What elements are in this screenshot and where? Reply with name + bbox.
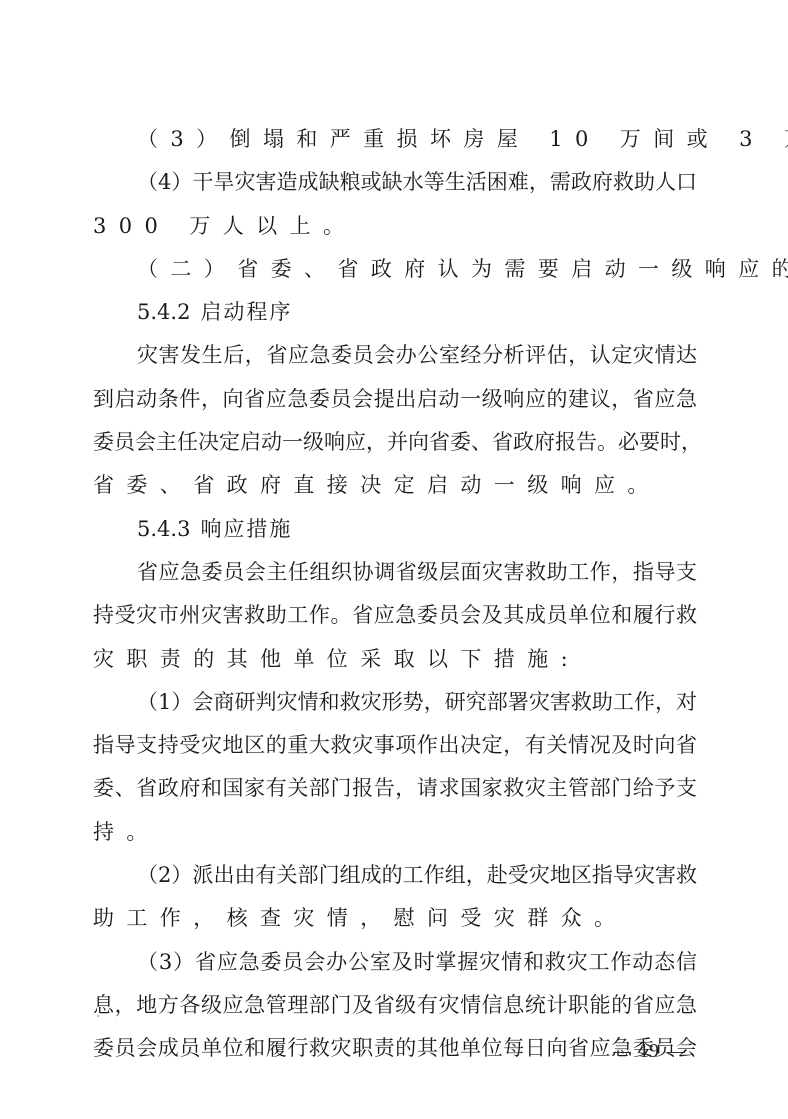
- paragraph-line: 指导支持受灾地区的重大救灾事项作出决定，有关情况及时向省: [93, 724, 697, 767]
- paragraph-line: （3）省应急委员会办公室及时掌握灾情和救灾工作动态信: [93, 941, 697, 984]
- paragraph-line: 省委、省政府直接决定启动一级响应。: [93, 464, 697, 507]
- document-body: （3）倒塌和严重损坏房屋 10 万间或 3 万户以上; （4）干旱灾害造成缺粮或…: [93, 118, 697, 1071]
- paragraph-line: 300 万人以上。: [93, 205, 697, 248]
- section-number: 5.4.3: [137, 517, 190, 541]
- paragraph-line: 委、省政府和国家有关部门报告，请求国家救灾主管部门给予支: [93, 767, 697, 810]
- paragraph-line: （二）省委、省政府认为需要启动一级响应的其他事项。: [93, 248, 697, 291]
- page-number: 19: [639, 1040, 659, 1062]
- paragraph-line: 灾害发生后，省应急委员会办公室经分析评估，认定灾情达: [93, 334, 697, 377]
- paragraph-line: （3）倒塌和严重损坏房屋 10 万间或 3 万户以上;: [93, 118, 697, 161]
- paragraph-line: 到启动条件，向省应急委员会提出启动一级响应的建议，省应急: [93, 378, 697, 421]
- section-number: 5.4.2: [137, 300, 190, 324]
- paragraph-line: 持。: [93, 811, 697, 854]
- paragraph-line: 委员会主任决定启动一级响应，并向省委、省政府报告。必要时，: [93, 421, 697, 464]
- paragraph-line: 省应急委员会主任组织协调省级层面灾害救助工作，指导支: [93, 551, 697, 594]
- paragraph-line: （2）派出由有关部门组成的工作组，赴受灾地区指导灾害救: [93, 854, 697, 897]
- section-heading-5-4-3: 5.4.3响应措施: [93, 508, 697, 551]
- paragraph-line: 持受灾市州灾害救助工作。省应急委员会及其成员单位和履行救: [93, 594, 697, 637]
- dash-right: [667, 1052, 685, 1053]
- paragraph-line: （4）干旱灾害造成缺粮或缺水等生活困难，需政府救助人口: [93, 161, 697, 204]
- paragraph-line: 息，地方各级应急管理部门及省级有灾情信息统计职能的省应急: [93, 984, 697, 1027]
- section-title: 响应措施: [200, 517, 292, 541]
- paragraph-line: 灾职责的其他单位采取以下措施:: [93, 638, 697, 681]
- paragraph-line: （1）会商研判灾情和救灾形势，研究部署灾害救助工作，对: [93, 681, 697, 724]
- paragraph-line: 助工作，核查灾情，慰问受灾群众。: [93, 897, 697, 940]
- dash-left: [613, 1052, 631, 1053]
- scan-artifact: [97, 1015, 99, 1017]
- section-heading-5-4-2: 5.4.2启动程序: [93, 291, 697, 334]
- section-title: 启动程序: [200, 300, 292, 324]
- page-number-footer: 19: [605, 1040, 693, 1063]
